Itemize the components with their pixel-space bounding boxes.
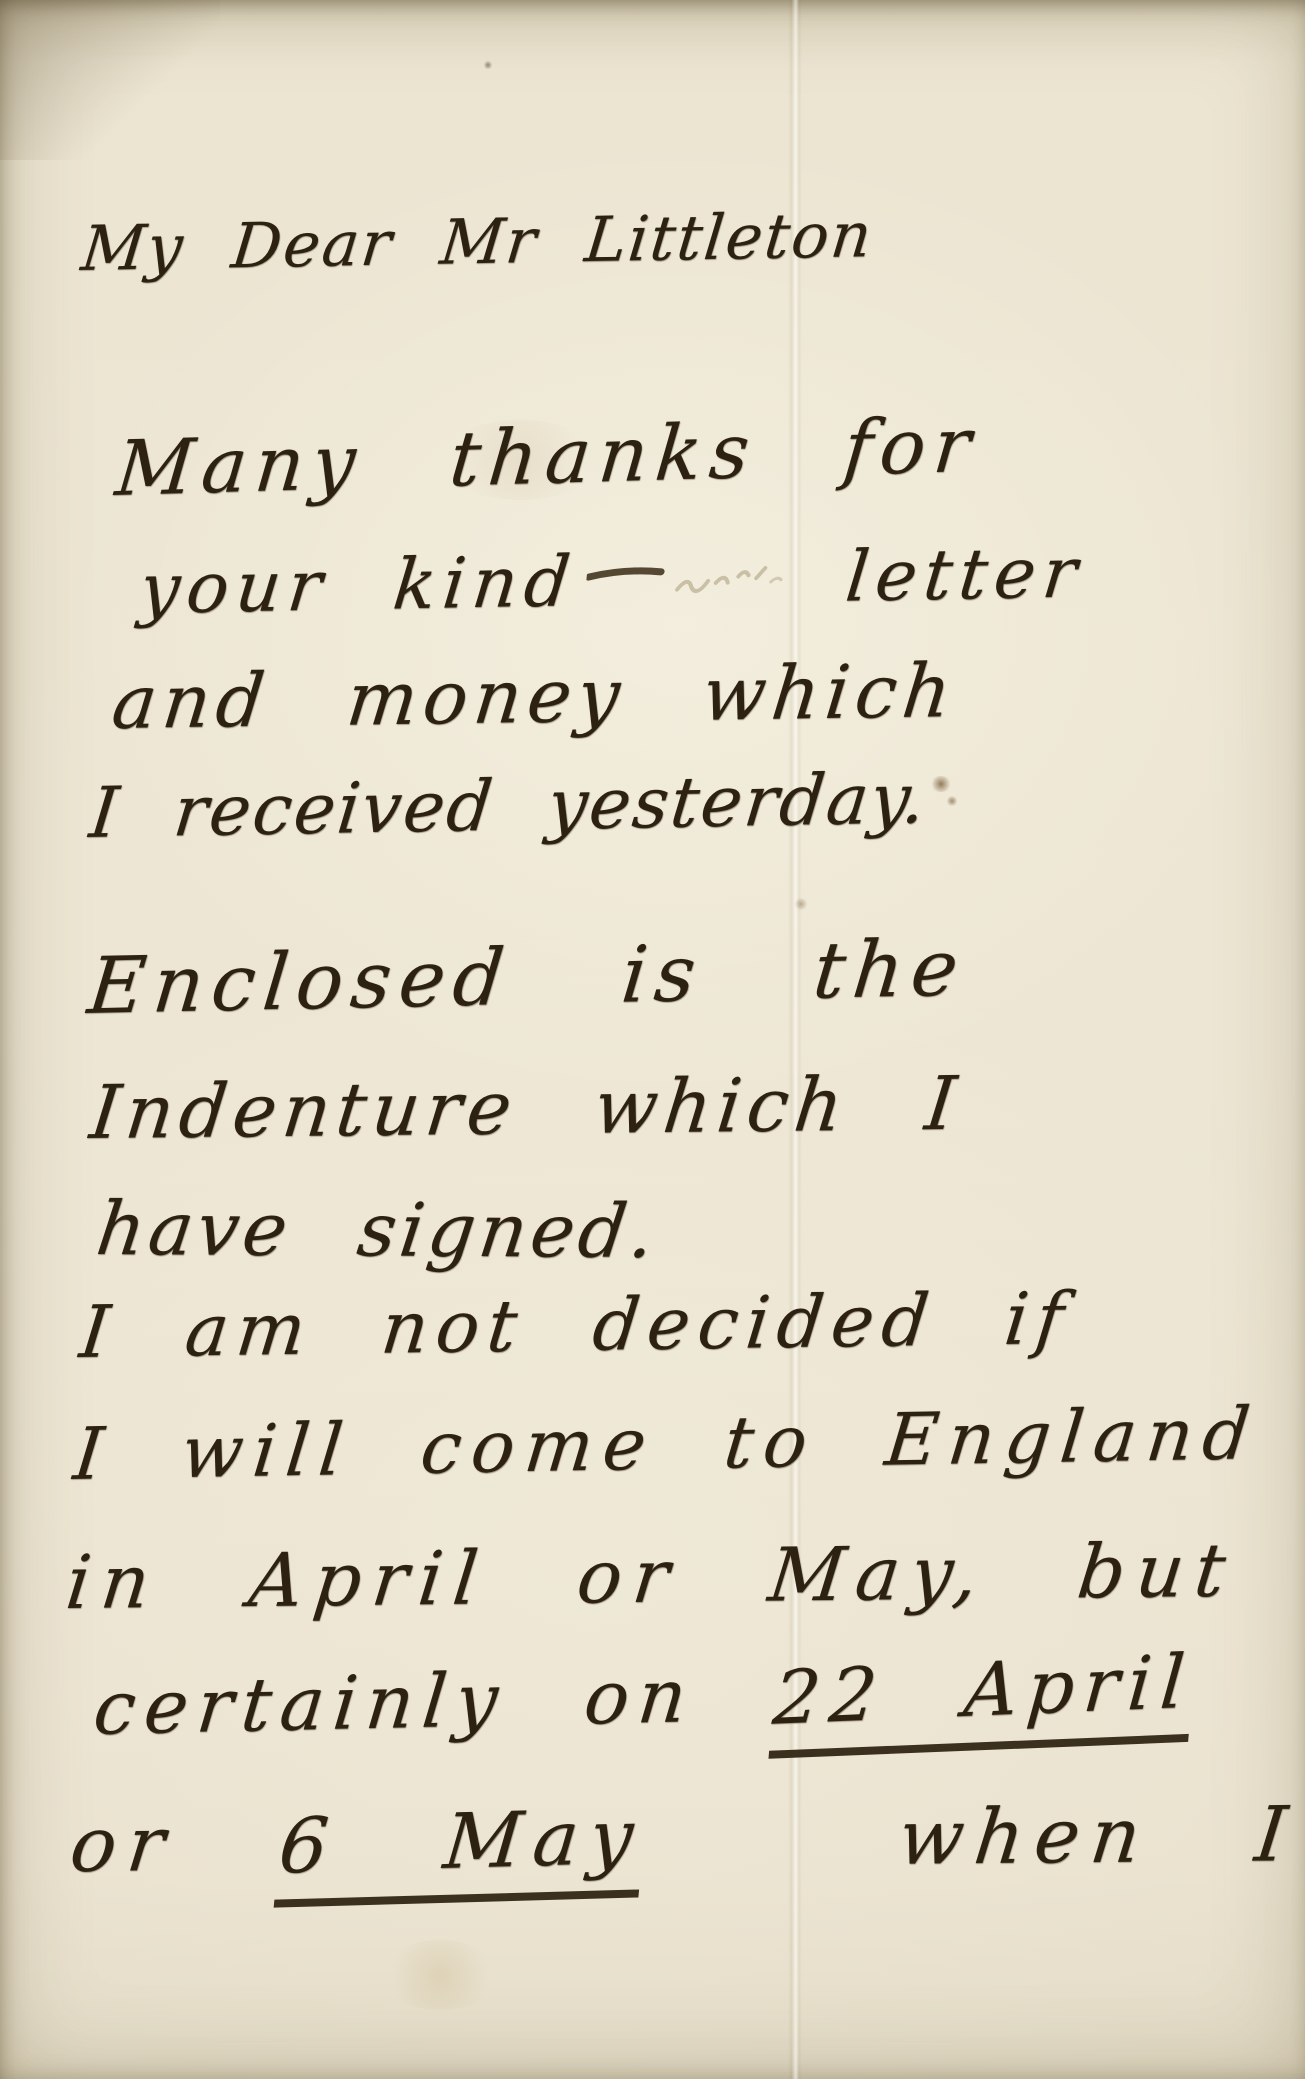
line-text: have signed. [92,1186,663,1275]
body-line-10: in April or May, but [62,1528,1241,1626]
body-line-12: or 6 May when I [64,1789,1302,1906]
body-line-8: I am not decided if [76,1276,1075,1374]
erased-word-trace [583,546,840,614]
body-line-3: and money which [108,648,961,746]
body-line-7: have signed. [92,1186,663,1275]
line-text: when I [894,1789,1302,1882]
ink-spot [484,60,492,70]
body-line-6: Indenture which I [86,1061,966,1156]
line-text: and money which [108,648,961,746]
corner-shadow [0,0,220,160]
ink-spot [794,898,808,910]
line-text: I will come to England [70,1391,1264,1496]
line-text: Indenture which I [86,1061,966,1156]
line-text: I am not decided if [76,1276,1075,1374]
fold-crease [788,0,802,2079]
ink-spot [930,776,952,792]
line-text: certainly on [90,1653,700,1752]
ink-spot [946,796,958,806]
salutation-text: My Dear Mr Littleton [78,198,877,285]
line-text: Enclosed is the [84,923,970,1032]
underlined-date-6-may: 6 May [274,1791,648,1907]
line-text: Many thanks for [112,400,982,513]
letter-page: My Dear Mr Littleton Many thanks for you… [0,0,1305,2079]
body-line-4: I received yesterday. [86,757,931,854]
foxing-stain [380,1940,500,2010]
line-text: your kind [136,540,581,630]
body-line-11: certainly on 22 April [88,1643,1197,1769]
body-line-1: Many thanks for [112,400,982,513]
line-text: in April or May, but [62,1528,1241,1626]
line-text: I received yesterday. [86,757,931,854]
body-line-5: Enclosed is the [84,923,970,1032]
salutation-line: My Dear Mr Littleton [78,198,877,285]
line-text: or [66,1799,180,1889]
body-line-2: your kind letter [136,531,1088,630]
underlined-date-22-april: 22 April [768,1639,1196,1759]
body-line-9: I will come to England [70,1391,1264,1496]
line-text: letter [842,531,1088,617]
